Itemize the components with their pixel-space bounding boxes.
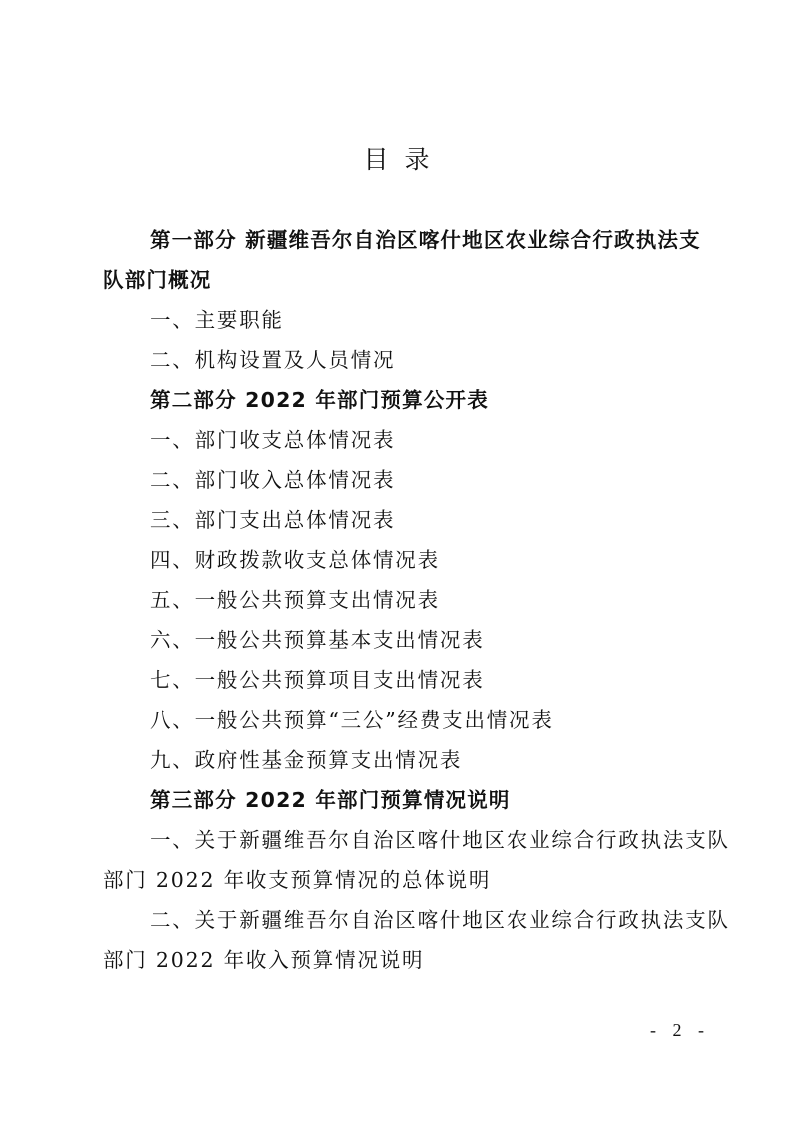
toc-item[interactable]: 二、部门收入总体情况表	[103, 460, 703, 500]
toc-item-cont[interactable]: 部门 2022 年收支预算情况的总体说明	[103, 860, 703, 900]
page-number: - 2 -	[650, 1020, 710, 1041]
toc-item[interactable]: 八、一般公共预算“三公”经费支出情况表	[103, 700, 703, 740]
toc-part1-heading-cont[interactable]: 队部门概况	[103, 260, 703, 300]
toc-item[interactable]: 一、关于新疆维吾尔自治区喀什地区农业综合行政执法支队	[103, 820, 703, 860]
toc-item[interactable]: 六、一般公共预算基本支出情况表	[103, 620, 703, 660]
toc-part2-heading[interactable]: 第二部分 2022 年部门预算公开表	[103, 380, 703, 420]
toc-item[interactable]: 一、主要职能	[103, 300, 703, 340]
toc-item[interactable]: 七、一般公共预算项目支出情况表	[103, 660, 703, 700]
table-of-contents: 第一部分 新疆维吾尔自治区喀什地区农业综合行政执法支 队部门概况 一、主要职能 …	[103, 220, 703, 980]
toc-part1-heading[interactable]: 第一部分 新疆维吾尔自治区喀什地区农业综合行政执法支	[103, 220, 703, 260]
page-title: 目录	[0, 140, 793, 176]
toc-item[interactable]: 五、一般公共预算支出情况表	[103, 580, 703, 620]
toc-item[interactable]: 三、部门支出总体情况表	[103, 500, 703, 540]
toc-item-cont[interactable]: 部门 2022 年收入预算情况说明	[103, 940, 703, 980]
toc-item[interactable]: 四、财政拨款收支总体情况表	[103, 540, 703, 580]
toc-item[interactable]: 二、机构设置及人员情况	[103, 340, 703, 380]
document-page: 目录 第一部分 新疆维吾尔自治区喀什地区农业综合行政执法支 队部门概况 一、主要…	[0, 0, 793, 1122]
toc-item[interactable]: 九、政府性基金预算支出情况表	[103, 740, 703, 780]
toc-item[interactable]: 一、部门收支总体情况表	[103, 420, 703, 460]
toc-part3-heading[interactable]: 第三部分 2022 年部门预算情况说明	[103, 780, 703, 820]
toc-item[interactable]: 二、关于新疆维吾尔自治区喀什地区农业综合行政执法支队	[103, 900, 703, 940]
